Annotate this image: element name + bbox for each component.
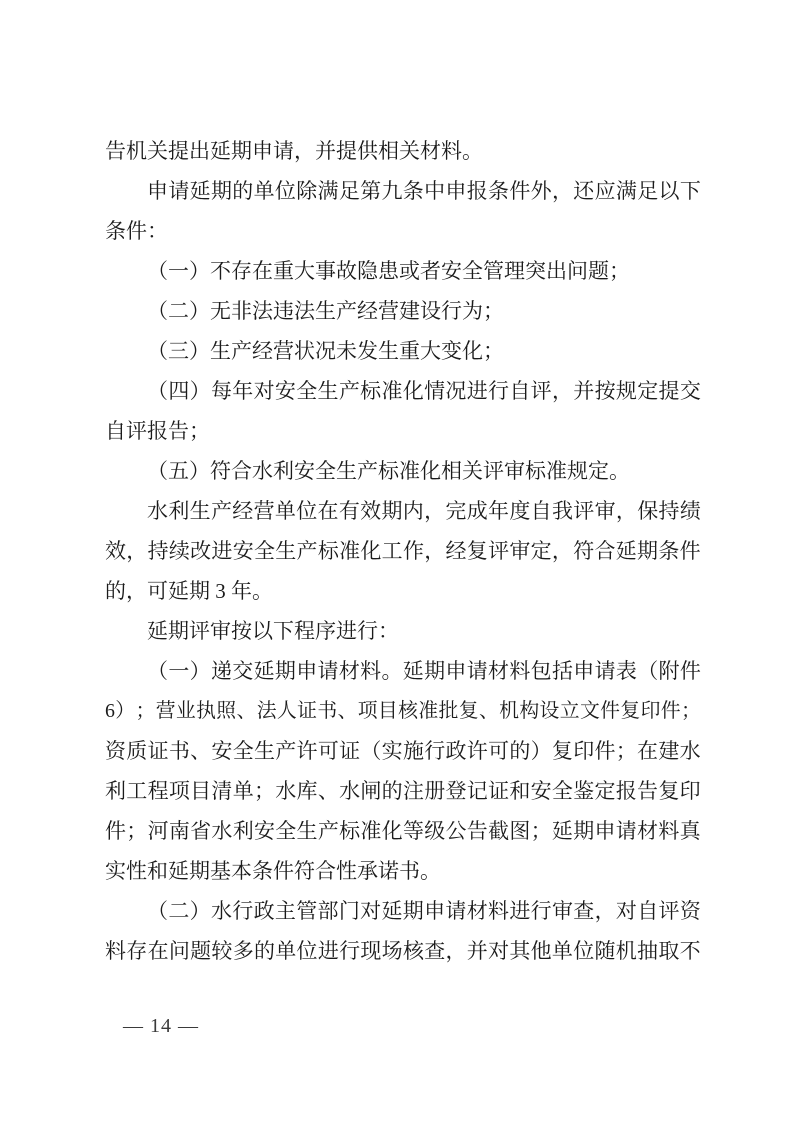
text-line: 水利生产经营单位在有效期内，完成年度自我评审，保持绩 bbox=[105, 491, 701, 531]
text-line: （四）每年对安全生产标准化情况进行自评，并按规定提交 bbox=[105, 371, 701, 411]
page-number: — 14 — bbox=[123, 1015, 199, 1037]
text-line: 件；河南省水利安全生产标准化等级公告截图；延期申请材料真 bbox=[105, 811, 701, 851]
text-line: 延期评审按以下程序进行： bbox=[105, 611, 701, 651]
page-footer: — 14 — bbox=[123, 1012, 199, 1040]
text-line: 效，持续改进安全生产标准化工作，经复评审定，符合延期条件 bbox=[105, 531, 701, 571]
text-line: （三）生产经营状况未发生重大变化； bbox=[105, 331, 701, 371]
text-line: 料存在问题较多的单位进行现场核查，并对其他单位随机抽取不 bbox=[105, 931, 701, 971]
text-line: （一）递交延期申请材料。延期申请材料包括申请表（附件 bbox=[105, 651, 701, 691]
text-line: （五）符合水利安全生产标准化相关评审标准规定。 bbox=[105, 451, 701, 491]
text-line: 资质证书、安全生产许可证（实施行政许可的）复印件；在建水 bbox=[105, 731, 701, 771]
text-line: 自评报告； bbox=[105, 411, 701, 451]
text-line: （二）水行政主管部门对延期申请材料进行审查，对自评资 bbox=[105, 891, 701, 931]
document-body: 告机关提出延期申请，并提供相关材料。申请延期的单位除满足第九条中申报条件外，还应… bbox=[105, 131, 701, 971]
text-line: 的，可延期 3 年。 bbox=[105, 571, 701, 611]
text-line: （一）不存在重大事故隐患或者安全管理突出问题； bbox=[105, 251, 701, 291]
text-line: 告机关提出延期申请，并提供相关材料。 bbox=[105, 131, 701, 171]
text-line: 申请延期的单位除满足第九条中申报条件外，还应满足以下 bbox=[105, 171, 701, 211]
text-line: （二）无非法违法生产经营建设行为； bbox=[105, 291, 701, 331]
text-line: 6）；营业执照、法人证书、项目核准批复、机构设立文件复印件； bbox=[105, 691, 701, 731]
text-line: 条件： bbox=[105, 211, 701, 251]
text-line: 利工程项目清单；水库、水闸的注册登记证和安全鉴定报告复印 bbox=[105, 771, 701, 811]
text-line: 实性和延期基本条件符合性承诺书。 bbox=[105, 851, 701, 891]
document-page: 告机关提出延期申请，并提供相关材料。申请延期的单位除满足第九条中申报条件外，还应… bbox=[0, 0, 794, 1123]
